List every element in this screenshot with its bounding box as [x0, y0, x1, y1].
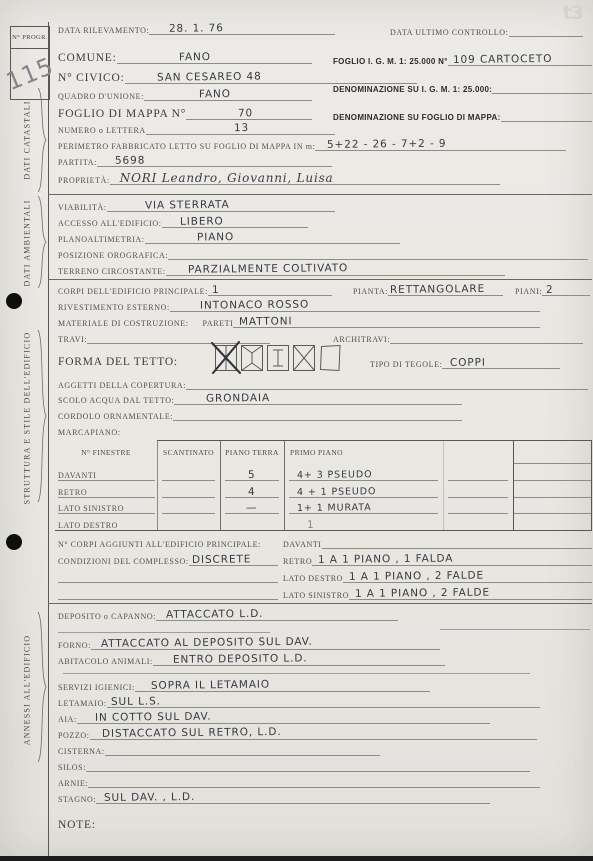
proprieta-value: NORI Leandro, Giovanni, Luisa	[110, 171, 334, 185]
corpi-aggiunti-lato-sinistro-value: 1 A 1 PIANO , 2 FALDE	[349, 587, 490, 600]
field-foglio-mappa: FOGLIO DI MAPPA N° 70	[58, 104, 312, 120]
corpi-aggiunti-lato-sinistro-label: LATO SINISTRO	[283, 591, 349, 600]
finestre-col-scantinato: SCANTINATO	[157, 440, 220, 464]
scolo-acqua-value: GRONDAIA	[174, 392, 270, 405]
finestre-col-piano-terra: PIANO TERRA	[220, 440, 284, 464]
forno-value: ATTACCATO AL DEPOSITO SUL DAV.	[91, 636, 313, 650]
field-pozzo: POZZO: DISTACCATO SUL RETRO, L.D.	[58, 727, 537, 740]
roof-shape-symbols	[215, 345, 341, 371]
accesso-label: ACCESSO ALL'EDIFICIO:	[58, 219, 162, 228]
field-silos: SILOS:	[58, 759, 530, 772]
lato-sinistro-primo-piano: 1+ 1 MURATA	[297, 502, 372, 514]
rivestimento-value: INTONACO ROSSO	[170, 299, 309, 312]
field-corpi-aggiunti: N° CORPI AGGIUNTI ALL'EDIFICIO PRINCIPAL…	[58, 536, 283, 549]
corpi-aggiunti-retro-value: 1 A 1 PIANO , 1 FALDA	[312, 553, 454, 566]
rivestimento-label: RIVESTIMENTO ESTERNO:	[58, 303, 170, 312]
section-divider	[48, 603, 592, 604]
section-brace	[37, 330, 47, 502]
roof-shape-gable-icon	[215, 345, 237, 371]
field-data-ultimo-controllo: DATA ULTIMO CONTROLLO:	[390, 24, 583, 37]
field-accesso: ACCESSO ALL'EDIFICIO: LIBERO	[58, 215, 308, 228]
margin-section-struttura: STRUTTURA E STILE DELL'EDIFICIO	[23, 332, 32, 505]
section-brace	[37, 88, 47, 192]
arnie-label: ARNIE:	[58, 779, 88, 788]
quadro-unione-value: FANO	[144, 88, 231, 101]
data-rilevamento-label: DATA RILEVAMENTO:	[58, 26, 149, 35]
viabilita-value: VIA STERRATA	[107, 199, 230, 212]
section-divider	[48, 279, 592, 280]
aia-label: AIA:	[58, 715, 77, 724]
roof-shape-hip-icon	[241, 345, 263, 371]
corpi-aggiunti-label: N° CORPI AGGIUNTI ALL'EDIFICIO PRINCIPAL…	[58, 540, 261, 549]
note-label: NOTE:	[58, 819, 96, 831]
finestre-col-primo-piano: PRIMO PIANO	[284, 440, 443, 464]
deposito-label: DEPOSITO o CAPANNO:	[58, 612, 156, 621]
field-comune: COMUNE: FANO	[58, 48, 312, 64]
piani-label: PIANI:	[515, 287, 542, 296]
retro-piano-terra: 4	[248, 485, 256, 497]
field-denominazione-igm: DENOMINAZIONE SU I. G. M. 1: 25.000:	[333, 81, 592, 94]
perimetro-value: 5+22 - 26 - 7+2 - 9	[315, 138, 447, 151]
section-divider	[48, 194, 592, 195]
retro-primo-piano: 4 + 1 PSEUDO	[297, 486, 377, 498]
perimetro-label: PERIMETRO FABBRICATO LETTO SU FOGLIO DI …	[58, 142, 315, 151]
field-pianta: PIANTA: RETTANGOLARE	[353, 283, 503, 296]
margin-section-dati-catastali: DATI CATASTALI	[23, 100, 32, 179]
field-architravi: ARCHITRAVI:	[333, 331, 583, 344]
materiale-value: MATTONI	[233, 315, 293, 328]
field-aggetti: AGGETTI DELLA COPERTURA:	[58, 377, 588, 390]
field-perimetro: PERIMETRO FABBRICATO LETTO SU FOGLIO DI …	[58, 138, 566, 151]
field-rivestimento: RIVESTIMENTO ESTERNO: INTONACO ROSSO	[58, 299, 540, 312]
quadro-unione-label: QUADRO D'UNIONE:	[58, 92, 144, 101]
comune-label: COMUNE:	[58, 52, 117, 64]
scanned-survey-form: t3 N° PROGR. 115 DATI CATASTALI DATI AMB…	[0, 0, 593, 861]
finestre-row-davanti: DAVANTI	[55, 464, 157, 481]
letamaio-label: LETAMAIO:	[58, 699, 107, 708]
progr-value: 115	[3, 44, 57, 105]
field-marcapiano: MARCAPIANO:	[58, 424, 208, 437]
field-numero-lettera: NUMERO o LETTERA 13	[58, 122, 335, 135]
foglio-mappa-label: FOGLIO DI MAPPA N°	[58, 108, 186, 120]
lato-sinistro-piano-terra: —	[246, 502, 258, 514]
scan-bottom-edge	[0, 856, 593, 861]
field-quadro-unione: QUADRO D'UNIONE: FANO	[58, 88, 312, 101]
forno-label: FORNO:	[58, 641, 91, 650]
field-piani: PIANI: 2	[515, 283, 590, 296]
marcapiano-label: MARCAPIANO:	[58, 428, 121, 437]
servizi-label: SERVIZI IGIENICI:	[58, 683, 135, 692]
corner-watermark: t3	[563, 2, 583, 24]
condizioni-value: DISCRETE	[189, 553, 251, 566]
field-planoaltimetria: PLANOALTIMETRIA: PIANO	[58, 231, 400, 244]
numero-lettera-label: NUMERO o LETTERA	[58, 126, 146, 135]
field-stagno: STAGNO: SUL DAV. , L.D.	[58, 791, 490, 804]
field-viabilita: VIABILITÀ: VIA STERRATA	[58, 199, 335, 212]
pozzo-value: DISTACCATO SUL RETRO, L.D.	[89, 726, 281, 740]
field-corpi-aggiunti-davanti: DAVANTI	[283, 536, 592, 549]
materiale-fixed-label: PARETI	[189, 319, 234, 328]
numero-lettera-value: 13	[146, 122, 249, 135]
section-brace	[37, 196, 47, 288]
field-scolo-acqua: SCOLO ACQUA DAL TETTO: GRONDAIA	[58, 392, 462, 405]
tipo-tegole-value: COPPI	[442, 357, 486, 369]
architravi-label: ARCHITRAVI:	[333, 335, 390, 344]
davanti-piano-terra: 5	[248, 469, 256, 481]
materiale-label: MATERIALE DI COSTRUZIONE:	[58, 319, 189, 328]
condizioni-label: CONDIZIONI DEL COMPLESSO:	[58, 557, 189, 566]
field-materiale: MATERIALE DI COSTRUZIONE: PARETI MATTONI	[58, 315, 540, 328]
tipo-tegole-label: TIPO DI TEGOLE:	[370, 360, 442, 369]
deposito-value: ATTACCATO L.D.	[156, 608, 264, 621]
pianta-label: PIANTA:	[353, 287, 388, 296]
field-deposito: DEPOSITO o CAPANNO: ATTACCATO L.D.	[58, 608, 398, 621]
partita-label: PARTITA:	[58, 158, 97, 167]
field-cordolo: CORDOLO ORNAMENTALE:	[58, 408, 462, 421]
field-corpi-aggiunti-lato-destro: LATO DESTRO 1 A 1 PIANO , 2 FALDE	[283, 570, 592, 583]
foglio-mappa-value: 70	[186, 107, 253, 120]
pianta-value: RETTANGOLARE	[388, 283, 485, 296]
corpi-aggiunti-lato-destro-value: 1 A 1 PIANO , 2 FALDE	[343, 570, 484, 583]
corpi-principale-label: CORPI DELL'EDIFICIO PRINCIPALE:	[58, 287, 208, 296]
corpi-aggiunti-davanti-label: DAVANTI	[283, 540, 322, 549]
foglio-igm-label: FOGLIO I. G. M. 1: 25.000 N°	[333, 57, 448, 66]
stagno-value: SUL DAV. , L.D.	[96, 791, 195, 804]
field-terreno-circostante: TERRENO CIRCOSTANTE: PARZIALMENTE COLTIV…	[58, 263, 505, 276]
forma-tetto-label: FORMA DEL TETTO:	[58, 356, 178, 368]
field-note: NOTE:	[58, 815, 208, 831]
field-arnie: ARNIE:	[58, 775, 540, 788]
scolo-acqua-label: SCOLO ACQUA DAL TETTO:	[58, 396, 174, 405]
aia-value: IN COTTO SUL DAV.	[77, 711, 212, 724]
partita-value: 5698	[97, 154, 145, 167]
field-denominazione-mappa: DENOMINAZIONE SU FOGLIO DI MAPPA:	[333, 109, 592, 122]
field-corpi-principale: CORPI DELL'EDIFICIO PRINCIPALE: 1	[58, 283, 332, 296]
finestre-title: N° FINESTRE	[55, 440, 157, 464]
planoaltimetria-label: PLANOALTIMETRIA:	[58, 235, 145, 244]
field-condizioni: CONDIZIONI DEL COMPLESSO: DISCRETE	[58, 553, 278, 566]
punch-hole	[6, 534, 22, 550]
davanti-primo-piano: 4+ 3 PSEUDO	[297, 469, 373, 481]
field-forma-tetto: FORMA DEL TETTO:	[58, 352, 208, 368]
cisterna-label: CISTERNA:	[58, 747, 105, 756]
aggetti-label: AGGETTI DELLA COPERTURA:	[58, 381, 186, 390]
accesso-value: LIBERO	[161, 215, 223, 228]
finestre-row-retro: RETRO	[55, 481, 157, 498]
field-posizione-orografica: POSIZIONE OROGRAFICA:	[58, 247, 588, 260]
viabilita-label: VIABILITÀ:	[58, 203, 107, 212]
finestre-row-lato-destro: LATO DESTRO	[55, 514, 157, 531]
field-aia: AIA: IN COTTO SUL DAV.	[58, 711, 490, 724]
data-rilevamento-value: 28. 1. 76	[149, 22, 224, 35]
terreno-circostante-value: PARZIALMENTE COLTIVATO	[165, 262, 347, 276]
pozzo-label: POZZO:	[58, 731, 90, 740]
foglio-igm-value: 109 CARTOCETO	[448, 53, 553, 66]
data-ultimo-controllo-label: DATA ULTIMO CONTROLLO:	[390, 28, 509, 37]
roof-shape-single-pitch-icon	[319, 345, 341, 371]
margin-section-dati-ambientali: DATI AMBIENTALI	[23, 200, 32, 287]
planoaltimetria-value: PIANO	[145, 231, 234, 244]
comune-value: FANO	[117, 51, 211, 64]
field-data-rilevamento: DATA RILEVAMENTO: 28. 1. 76	[58, 22, 335, 35]
corpi-aggiunti-lato-destro-label: LATO DESTRO	[283, 574, 343, 583]
corpi-aggiunti-retro-label: RETRO	[283, 557, 312, 566]
finestre-row-lato-sinistro: LATO SINISTRO	[55, 498, 157, 515]
section-brace	[37, 612, 47, 762]
lato-destro-primo-piano: 1	[307, 519, 315, 531]
travi-label: TRAVI:	[58, 335, 87, 344]
denominazione-igm-label: DENOMINAZIONE SU I. G. M. 1: 25.000:	[333, 85, 492, 94]
roof-shape-ridge-icon	[267, 345, 289, 371]
posizione-orografica-label: POSIZIONE OROGRAFICA:	[58, 251, 168, 260]
field-tipo-tegole: TIPO DI TEGOLE: COPPI	[370, 356, 560, 369]
piani-value: 2	[542, 284, 554, 296]
letamaio-value: SUL L.S.	[107, 695, 161, 708]
field-letamaio: LETAMAIO: SUL L.S.	[58, 695, 540, 708]
silos-label: SILOS:	[58, 763, 86, 772]
corpi-principale-value: 1	[208, 284, 220, 296]
stagno-label: STAGNO:	[58, 795, 96, 804]
field-corpi-aggiunti-retro: RETRO 1 A 1 PIANO , 1 FALDA	[283, 553, 592, 566]
denominazione-mappa-label: DENOMINAZIONE SU FOGLIO DI MAPPA:	[333, 113, 501, 122]
margin-section-annessi: ANNESSI ALL'EDIFICIO	[23, 635, 32, 746]
punch-hole	[6, 293, 22, 309]
civico-label: N° CIVICO:	[58, 72, 125, 84]
field-foglio-igm: FOGLIO I. G. M. 1: 25.000 N° 109 CARTOCE…	[333, 50, 592, 66]
field-forno: FORNO: ATTACCATO AL DEPOSITO SUL DAV.	[58, 637, 440, 650]
field-cisterna: CISTERNA:	[58, 743, 380, 756]
field-proprieta: PROPRIETÀ: NORI Leandro, Giovanni, Luisa	[58, 169, 500, 185]
civico-value: SAN CESAREO 48	[124, 71, 261, 84]
margin-divider-line	[48, 22, 49, 861]
finestre-table: N° FINESTRE SCANTINATO PIANO TERRA PRIMO…	[55, 440, 592, 531]
terreno-circostante-label: TERRENO CIRCOSTANTE:	[58, 267, 166, 276]
proprieta-label: PROPRIETÀ:	[58, 176, 110, 185]
roof-shape-pavilion-icon	[293, 345, 315, 371]
field-partita: PARTITA: 5698	[58, 154, 332, 167]
field-abitacolo: ABITACOLO ANIMALI: ENTRO DEPOSITO L.D.	[58, 653, 445, 666]
abitacolo-value: ENTRO DEPOSITO L.D.	[153, 652, 308, 666]
servizi-value: SOPRA IL LETAMAIO	[135, 679, 270, 692]
field-corpi-aggiunti-lato-sinistro: LATO SINISTRO 1 A 1 PIANO , 2 FALDE	[283, 587, 592, 600]
cordolo-label: CORDOLO ORNAMENTALE:	[58, 412, 173, 421]
field-servizi: SERVIZI IGIENICI: SOPRA IL LETAMAIO	[58, 679, 430, 692]
abitacolo-label: ABITACOLO ANIMALI:	[58, 657, 153, 666]
